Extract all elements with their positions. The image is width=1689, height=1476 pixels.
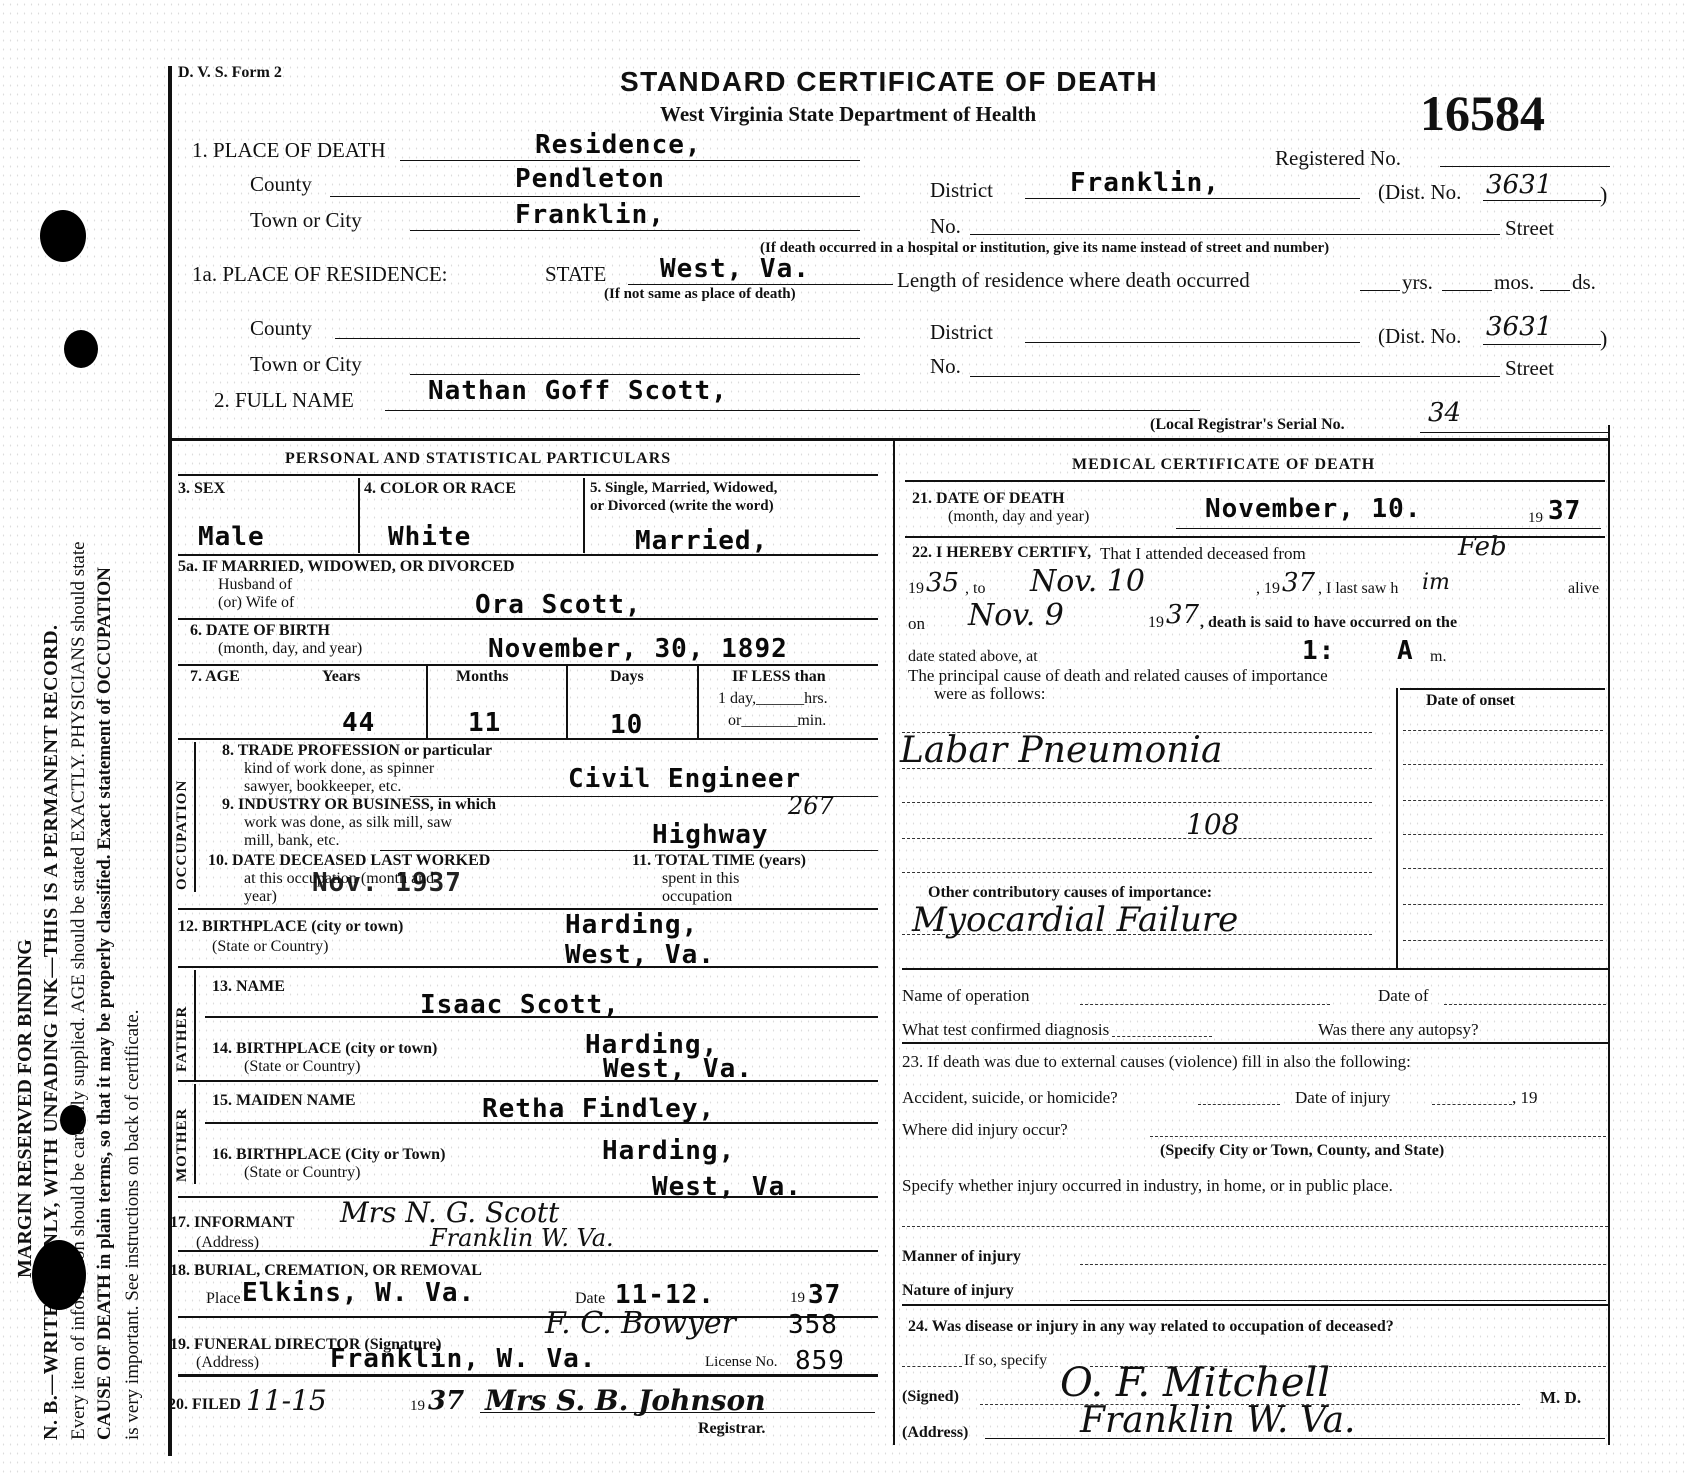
where-note: (Specify City or Town, County, and State… bbox=[1160, 1142, 1444, 1160]
on-year-value[interactable]: 37 bbox=[1166, 600, 1199, 630]
last-seen-date-value[interactable]: Nov. 9 bbox=[968, 598, 1064, 633]
onset-line bbox=[1403, 730, 1603, 731]
birthplace-label-1: 12. BIRTHPLACE (city or town) bbox=[178, 918, 403, 936]
margin-note-permanent: N. B.—WRITE PLAINLY, WITH UNFADING INK—T… bbox=[40, 624, 63, 1440]
attended-from-value[interactable]: Feb bbox=[1458, 532, 1507, 562]
total-time-label-1: 11. TOTAL TIME (years) bbox=[632, 852, 806, 870]
filed-label: 20. FILED bbox=[168, 1396, 241, 1414]
not-same-note: (If not same as place of death) bbox=[604, 286, 796, 303]
nature-label: Nature of injury bbox=[902, 1282, 1014, 1300]
dist-no-line bbox=[1483, 200, 1601, 201]
spouse-value[interactable]: Ora Scott, bbox=[475, 590, 642, 620]
dod-value[interactable]: November, 10. bbox=[1205, 494, 1422, 524]
autopsy-label: Was there any autopsy? bbox=[1318, 1020, 1479, 1040]
residence-dist-no-value[interactable]: 3631 bbox=[1486, 312, 1552, 342]
dob-label-2: (month, day, and year) bbox=[218, 640, 362, 658]
operation-line bbox=[1080, 1004, 1330, 1005]
mother-side-label: MOTHER bbox=[174, 1108, 191, 1182]
binding-hole-icon bbox=[40, 210, 86, 262]
full-name-label: 2. FULL NAME bbox=[214, 388, 354, 413]
cause-line bbox=[902, 768, 1372, 769]
external-causes-label: 23. If death was due to external causes … bbox=[902, 1052, 1411, 1072]
alive-label: alive bbox=[1568, 580, 1599, 598]
birthplace-label-2: (State or Country) bbox=[212, 938, 328, 956]
rule-after-causes bbox=[902, 968, 1608, 970]
margin-note-binding: MARGIN RESERVED FOR BINDING bbox=[14, 939, 37, 1278]
principal-cause-value[interactable]: Labar Pneumonia bbox=[900, 730, 1222, 771]
mos-line bbox=[1442, 290, 1492, 291]
certify-text: That I attended deceased from bbox=[1100, 544, 1306, 564]
less-min-label: or_______min. bbox=[728, 712, 826, 730]
last-worked-label-3: year) bbox=[244, 888, 277, 906]
funeral-address-label: (Address) bbox=[196, 1354, 259, 1372]
operation-date-label: Date of bbox=[1378, 986, 1429, 1006]
spouse-label-1: 5a. IF MARRIED, WIDOWED, OR DIVORCED bbox=[178, 558, 515, 576]
residence-district-line bbox=[1025, 342, 1360, 343]
burial-year-prefix: 19 bbox=[790, 1290, 805, 1307]
last-saw-value[interactable]: im bbox=[1422, 570, 1450, 595]
onset-line bbox=[1403, 904, 1603, 905]
town-value[interactable]: Franklin, bbox=[515, 200, 665, 230]
if-so-label: If so, specify bbox=[964, 1352, 1047, 1370]
spouse-label-3: (or) Wife of bbox=[218, 594, 294, 612]
residence-town-line bbox=[410, 374, 860, 375]
from-year-prefix: 19 bbox=[908, 580, 924, 598]
less-hrs-label: 1 day,______hrs. bbox=[718, 690, 828, 708]
rule-after-birthplace bbox=[178, 966, 878, 968]
industry-code-value[interactable]: 267 bbox=[788, 792, 834, 820]
trade-value[interactable]: Civil Engineer bbox=[568, 764, 801, 794]
marital-label-2: or Divorced (write the word) bbox=[590, 498, 774, 515]
mother-name-value[interactable]: Retha Findley, bbox=[482, 1094, 715, 1124]
residence-state-line bbox=[628, 284, 893, 285]
page-subtitle: West Virginia State Department of Health bbox=[660, 102, 1036, 127]
margin-note-instructions: is very important. See instructions on b… bbox=[122, 1009, 144, 1440]
race-label: 4. COLOR OR RACE bbox=[364, 480, 516, 498]
age-days-value[interactable]: 10 bbox=[610, 710, 643, 740]
mother-name-label: 15. MAIDEN NAME bbox=[212, 1092, 356, 1110]
personal-heading: PERSONAL AND STATISTICAL PARTICULARS bbox=[285, 450, 671, 468]
time-value[interactable]: 1: bbox=[1302, 636, 1335, 666]
binding-hole-icon bbox=[32, 1240, 86, 1310]
length-of-residence-label: Length of residence where death occurred bbox=[897, 268, 1250, 293]
rule-after-father bbox=[178, 1080, 878, 1082]
cause-line bbox=[902, 934, 1372, 935]
industry-label-2: work was done, as silk mill, saw bbox=[244, 814, 452, 832]
cause-line bbox=[902, 872, 1372, 873]
burial-year-value[interactable]: 37 bbox=[808, 1280, 841, 1310]
binding-hole-icon bbox=[60, 1105, 86, 1135]
form-left-border bbox=[168, 66, 172, 1456]
dist-no-close-paren: ) bbox=[1600, 182, 1607, 208]
residence-no-label: No. bbox=[930, 354, 961, 379]
injury-year-label: , 19 bbox=[1512, 1088, 1538, 1108]
trade-label-2: kind of work done, as spinner bbox=[244, 760, 434, 778]
dod-label-2: (month, day and year) bbox=[948, 508, 1089, 526]
serial-no-value[interactable]: 34 bbox=[1428, 398, 1461, 428]
physician-address-line bbox=[985, 1438, 1605, 1439]
occupation-related-label: 24. Was disease or injury in any way rel… bbox=[908, 1318, 1394, 1336]
industry-label-1: 9. INDUSTRY OR BUSINESS, in which bbox=[222, 796, 496, 814]
physician-address-value[interactable]: Franklin W. Va. bbox=[1080, 1400, 1356, 1441]
margin-note-cause: CAUSE OF DEATH in plain terms, so that i… bbox=[94, 567, 116, 1440]
section-divider bbox=[170, 438, 1610, 441]
onset-line bbox=[1403, 940, 1603, 941]
months-days-divider bbox=[566, 666, 568, 738]
yrs-label: yrs. bbox=[1402, 270, 1433, 295]
age-years-value[interactable]: 44 bbox=[342, 708, 375, 738]
hospital-note: (If death occurred in a hospital or inst… bbox=[760, 240, 1329, 257]
rule-after-burial bbox=[178, 1316, 878, 1318]
medical-rule bbox=[905, 480, 1605, 482]
rule-after-sex bbox=[178, 554, 878, 556]
dod-year-prefix: 19 bbox=[1528, 510, 1543, 527]
days-label: Days bbox=[610, 668, 644, 686]
accident-label: Accident, suicide, or homicide? bbox=[902, 1088, 1118, 1108]
trade-label-1: 8. TRADE PROFESSION or particular bbox=[222, 742, 492, 760]
dist-no-value[interactable]: 3631 bbox=[1486, 170, 1552, 200]
total-time-label-2: spent in this bbox=[662, 870, 739, 888]
test-line bbox=[1112, 1036, 1212, 1037]
onset-line bbox=[1403, 764, 1603, 765]
md-label: M. D. bbox=[1540, 1388, 1581, 1408]
registered-no-label: Registered No. bbox=[1275, 146, 1401, 171]
race-marital-divider bbox=[583, 478, 585, 553]
sex-value[interactable]: Male bbox=[198, 522, 265, 552]
residence-no-line bbox=[970, 376, 1500, 377]
town-label: Town or City bbox=[250, 208, 362, 233]
informant-address-value[interactable]: Franklin W. Va. bbox=[430, 1224, 614, 1252]
funeral-address-value[interactable]: Franklin, W. Va. bbox=[330, 1344, 596, 1374]
ampm-value[interactable]: A bbox=[1397, 636, 1414, 666]
said-label: , death is said to have occurred on the bbox=[1200, 614, 1457, 632]
m-label: m. bbox=[1430, 648, 1446, 666]
father-name-rule bbox=[205, 1016, 878, 1018]
to-year-value[interactable]: 37 bbox=[1282, 568, 1315, 598]
physician-address-label: (Address) bbox=[902, 1424, 968, 1442]
registered-number: 16584 bbox=[1420, 84, 1545, 142]
filed-year-prefix: 19 bbox=[410, 1398, 425, 1415]
occupation-side-label: OCCUPATION bbox=[174, 780, 191, 890]
informant-label: 17. INFORMANT bbox=[170, 1214, 294, 1232]
serial-no-label: (Local Registrar's Serial No. bbox=[1150, 416, 1345, 434]
spouse-label-2: Husband of bbox=[218, 576, 292, 594]
form-right-border bbox=[1608, 425, 1610, 1445]
specify-place-label: Specify whether injury occurred in indus… bbox=[902, 1176, 1393, 1196]
occupation-side-rule bbox=[194, 742, 196, 892]
marital-label-1: 5. Single, Married, Widowed, bbox=[590, 480, 777, 497]
sex-race-divider bbox=[358, 478, 360, 553]
burial-place-label: Place bbox=[206, 1290, 241, 1308]
residence-state-label: STATE bbox=[545, 262, 606, 287]
father-side-rule bbox=[194, 970, 196, 1080]
rule-after-age bbox=[178, 738, 878, 740]
street-label: Street bbox=[1505, 216, 1554, 241]
onset-top-rule bbox=[1400, 688, 1605, 690]
father-side-label: FATHER bbox=[174, 1006, 191, 1072]
cause-code-value[interactable]: 108 bbox=[1186, 808, 1239, 841]
birthplace-city-value[interactable]: Harding, bbox=[565, 910, 698, 940]
rule-after-nature bbox=[902, 1304, 1608, 1306]
district-line bbox=[1025, 198, 1360, 199]
registered-no-line bbox=[1440, 166, 1610, 167]
race-value[interactable]: White bbox=[388, 522, 471, 552]
rule-after-autopsy bbox=[902, 1042, 1608, 1044]
district-value[interactable]: Franklin, bbox=[1070, 168, 1220, 198]
industry-value[interactable]: Highway bbox=[652, 820, 769, 850]
injury-date-label: Date of injury bbox=[1295, 1088, 1390, 1108]
cause-line bbox=[902, 838, 1372, 839]
county-line bbox=[330, 196, 860, 197]
license-no-value-2[interactable]: 859 bbox=[795, 1346, 845, 1376]
operation-label: Name of operation bbox=[902, 986, 1029, 1006]
time-label: date stated above, at bbox=[908, 648, 1038, 666]
operation-date-line bbox=[1444, 1004, 1606, 1005]
serial-no-line bbox=[1420, 432, 1608, 433]
place-of-death-value[interactable]: Residence, bbox=[535, 130, 702, 160]
personal-rule bbox=[178, 474, 878, 476]
place-of-death-label: 1. PLACE OF DEATH bbox=[192, 138, 386, 163]
where-line bbox=[1150, 1136, 1606, 1137]
residence-county-label: County bbox=[250, 316, 312, 341]
onset-divider bbox=[1396, 688, 1398, 968]
residence-dist-close-paren: ) bbox=[1600, 326, 1607, 352]
age-months-value[interactable]: 11 bbox=[468, 708, 501, 738]
county-label: County bbox=[250, 172, 312, 197]
cause-line bbox=[902, 802, 1372, 803]
residence-dist-no-label: (Dist. No. bbox=[1378, 324, 1461, 349]
filed-date-value[interactable]: 11-15 bbox=[246, 1384, 327, 1417]
filed-year-value[interactable]: 37 bbox=[428, 1386, 464, 1416]
county-value[interactable]: Pendleton bbox=[515, 164, 665, 194]
onset-label: Date of onset bbox=[1426, 692, 1515, 710]
cause-label-2: were as follows: bbox=[934, 684, 1045, 704]
residence-label: 1a. PLACE OF RESIDENCE: bbox=[192, 262, 448, 287]
residence-town-label: Town or City bbox=[250, 352, 362, 377]
industry-line bbox=[380, 850, 878, 851]
age-label: 7. AGE bbox=[190, 668, 240, 686]
manner-line bbox=[1080, 1264, 1606, 1265]
yrs-line bbox=[1360, 290, 1400, 291]
where-label: Where did injury occur? bbox=[902, 1120, 1068, 1140]
father-birthplace-label-1: 14. BIRTHPLACE (city or town) bbox=[212, 1040, 437, 1058]
on-year-prefix: 19 bbox=[1148, 614, 1164, 632]
signed-label: (Signed) bbox=[902, 1388, 959, 1406]
industry-label-3: mill, bank, etc. bbox=[244, 832, 340, 850]
district-label: District bbox=[930, 178, 993, 203]
medical-heading: MEDICAL CERTIFICATE OF DEATH bbox=[1072, 456, 1375, 474]
rule-after-informant bbox=[178, 1250, 878, 1252]
rule-after-dob bbox=[178, 664, 878, 666]
specify-place-line bbox=[902, 1226, 1608, 1227]
rule-after-spouse bbox=[178, 618, 878, 620]
on-label: on bbox=[908, 614, 925, 634]
residence-street-label: Street bbox=[1505, 356, 1554, 381]
license-no-label: License No. bbox=[705, 1354, 777, 1371]
ds-label: ds. bbox=[1572, 270, 1596, 295]
street-no-label: No. bbox=[930, 214, 961, 239]
residence-county-line bbox=[335, 338, 860, 339]
onset-line bbox=[1403, 800, 1603, 801]
full-name-value[interactable]: Nathan Goff Scott, bbox=[428, 376, 728, 406]
registrar-line bbox=[480, 1412, 875, 1413]
full-name-line bbox=[385, 410, 1200, 411]
trade-label-3: sawyer, bookkeeper, etc. bbox=[244, 778, 401, 796]
residence-district-label: District bbox=[930, 320, 993, 345]
months-label: Months bbox=[456, 668, 508, 686]
certify-label: 22. I HEREBY CERTIFY, bbox=[912, 544, 1091, 562]
dob-value[interactable]: November, 30, 1892 bbox=[488, 634, 788, 664]
sex-label: 3. SEX bbox=[178, 480, 225, 498]
mother-birthplace-label-2: (State or Country) bbox=[244, 1164, 360, 1182]
from-year-value[interactable]: 35 bbox=[926, 568, 959, 598]
dist-no-label: (Dist. No. bbox=[1378, 180, 1461, 205]
page-title: STANDARD CERTIFICATE OF DEATH bbox=[620, 66, 1158, 98]
if-so-prefix-line bbox=[902, 1366, 962, 1367]
attended-to-value[interactable]: Nov. 10 bbox=[1030, 564, 1145, 599]
dod-label-1: 21. DATE OF DEATH bbox=[912, 490, 1065, 508]
years-label: Years bbox=[322, 668, 360, 686]
column-divider bbox=[893, 440, 895, 1445]
residence-state-value[interactable]: West, Va. bbox=[660, 254, 810, 284]
funeral-director-signature[interactable]: F. C. Bowyer bbox=[545, 1306, 736, 1341]
registrar-label: Registrar. bbox=[698, 1420, 765, 1438]
injury-date-line bbox=[1432, 1104, 1512, 1105]
mother-side-rule bbox=[194, 1084, 196, 1184]
residence-dist-no-line bbox=[1483, 344, 1601, 345]
town-line bbox=[410, 230, 860, 231]
test-label: What test confirmed diagnosis bbox=[902, 1020, 1109, 1040]
father-birthplace-label-2: (State or Country) bbox=[244, 1058, 360, 1076]
burial-place-value[interactable]: Elkins, W. Va. bbox=[242, 1278, 475, 1308]
mos-label: mos. bbox=[1494, 270, 1534, 295]
street-no-line bbox=[970, 234, 1500, 235]
to-year-prefix: , 19 bbox=[1256, 580, 1280, 598]
form-id: D. V. S. Form 2 bbox=[178, 64, 282, 82]
dob-label-1: 6. DATE OF BIRTH bbox=[190, 622, 330, 640]
last-saw-label: , I last saw h bbox=[1318, 580, 1398, 598]
license-no-value-1[interactable]: 358 bbox=[788, 1310, 838, 1340]
dod-year-value[interactable]: 37 bbox=[1548, 496, 1581, 526]
last-worked-value[interactable]: Nov. 1937 bbox=[312, 868, 462, 898]
dod-line bbox=[1176, 528, 1601, 529]
total-time-label-3: occupation bbox=[662, 888, 732, 906]
years-months-divider bbox=[426, 666, 428, 738]
mother-name-rule bbox=[205, 1122, 878, 1124]
nature-line bbox=[1070, 1300, 1606, 1301]
place-of-death-line bbox=[400, 160, 860, 161]
mother-birthplace-city-value[interactable]: Harding, bbox=[602, 1136, 735, 1166]
days-less-divider bbox=[697, 666, 699, 738]
less-than-label: IF LESS than bbox=[732, 668, 826, 686]
rule-after-funeral bbox=[178, 1374, 878, 1377]
rule-after-occupation bbox=[178, 908, 878, 910]
accident-line bbox=[1198, 1104, 1280, 1105]
mother-birthplace-label-1: 16. BIRTHPLACE (City or Town) bbox=[212, 1146, 445, 1164]
to-label: , to bbox=[965, 580, 985, 598]
binding-hole-icon bbox=[64, 330, 98, 368]
onset-line bbox=[1403, 834, 1603, 835]
father-name-label: 13. NAME bbox=[212, 978, 285, 996]
onset-line bbox=[1403, 868, 1603, 869]
manner-label: Manner of injury bbox=[902, 1248, 1021, 1266]
ds-line bbox=[1540, 290, 1570, 291]
cause-label-1: The principal cause of death and related… bbox=[908, 666, 1328, 686]
marital-value[interactable]: Married, bbox=[635, 526, 768, 556]
